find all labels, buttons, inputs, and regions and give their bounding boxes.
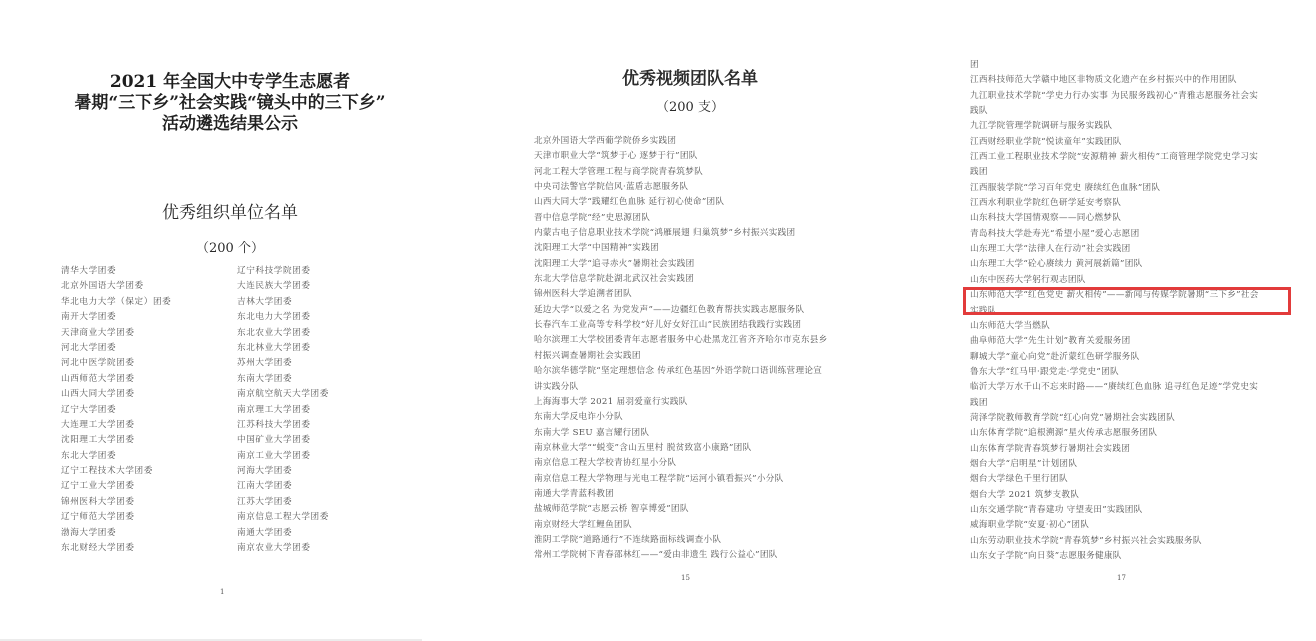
team-list-item: 江西水利职业学院红色研学延安考察队 xyxy=(970,196,1259,211)
team-list-item: 山东体育学院青春筑梦行暑期社会实践团 xyxy=(970,442,1259,457)
org-list-item: 大连理工大学团委 xyxy=(61,418,171,433)
org-list-column-1: 清华大学团委北京外国语大学团委华北电力大学（保定）团委南开大学团委天津商业大学团… xyxy=(61,264,171,556)
team-list-item: 九江职业技术学院“学史力行办实事 为民服务践初心”青雅志愿服务社会实 xyxy=(970,89,1259,104)
team-list-item: 东南大学反电诈小分队 xyxy=(534,410,828,425)
org-list-item: 南京农业大学团委 xyxy=(237,541,329,556)
team-list-item: 南京信息工程大学物理与光电工程学院“运河小镇看振兴”小分队 xyxy=(534,472,828,487)
team-list-item: 锦州医科大学追溯者团队 xyxy=(534,287,828,302)
team-list-item: 山东理工大学“砼心赓续力 黄河展新篇”团队 xyxy=(970,257,1259,272)
team-list-item: 山东科技大学国情观察——同心燃梦队 xyxy=(970,211,1259,226)
team-list-item: 青岛科技大学赴寿光“希望小屋”爱心志愿团 xyxy=(970,227,1259,242)
team-list-item: 聊城大学“童心向党”赴沂蒙红色研学服务队 xyxy=(970,350,1259,365)
team-list-item: 烟台大学 2021 筑梦支教队 xyxy=(970,488,1259,503)
title-line-3: 活动遴选结果公示 xyxy=(40,114,420,135)
team-list-item: 南京财经大学红鲤鱼团队 xyxy=(534,518,828,533)
title-line-1: 2021 年全国大中专学生志愿者 xyxy=(40,72,420,93)
team-list-item: 九江学院管理学院调研与服务实践队 xyxy=(970,119,1259,134)
highlight-box xyxy=(963,287,1291,315)
org-list-item: 江苏科技大学团委 xyxy=(237,418,329,433)
org-section-count: （200 个） xyxy=(40,237,420,256)
team-list-item: 鲁东大学“红马甲·跟党走·学党史”团队 xyxy=(970,365,1259,380)
page-number: 15 xyxy=(681,574,690,582)
team-list-item: 盐城师范学院“志愿云桥 智享博爱”团队 xyxy=(534,502,828,517)
team-list-item: 山东体育学院“追根溯源”星火传承志愿服务团队 xyxy=(970,426,1259,441)
org-list-item: 南通大学团委 xyxy=(237,526,329,541)
document-title: 2021 年全国大中专学生志愿者 暑期“三下乡”社会实践“镜头中的三下乡” 活动… xyxy=(40,72,420,135)
org-list-item: 山西师范大学团委 xyxy=(61,372,171,387)
org-list-item: 锦州医科大学团委 xyxy=(61,495,171,510)
team-list-item: 晋中信息学院“经”史思源团队 xyxy=(534,211,828,226)
org-section-title: 优秀组织单位名单 xyxy=(40,198,420,223)
video-team-section-count: （200 支） xyxy=(570,96,810,115)
team-list-item: 南京林业大学““蜕变”含山五里村 脱贫致富小康路”团队 xyxy=(534,441,828,456)
org-list-item: 河北大学团委 xyxy=(61,341,171,356)
org-list-item: 南京信息工程大学团委 xyxy=(237,510,329,525)
team-list-item: 山东劳动职业技术学院“青春筑梦”乡村振兴社会实践服务队 xyxy=(970,534,1259,549)
team-list-item: 南京信息工程大学校青协红星小分队 xyxy=(534,456,828,471)
team-list-item: 江西工业工程职业技术学院“安源精神 薪火相传”工商管理学院党史学习实 xyxy=(970,150,1259,165)
team-list-item: 东南大学 SEU 嘉言耀行团队 xyxy=(534,426,828,441)
team-list-item: 山西大同大学“践耀红色血脉 延行初心使命”团队 xyxy=(534,195,828,210)
team-list-item: 江西服装学院“学习百年党史 赓续红色血脉”团队 xyxy=(970,181,1259,196)
org-list-item: 南京航空航天大学团委 xyxy=(237,387,329,402)
org-list-item: 天津商业大学团委 xyxy=(61,326,171,341)
team-list-item: 江西科技师范大学赣中地区非物质文化遗产在乡村振兴中的作用团队 xyxy=(970,73,1259,88)
team-list-item: 淮阴工学院“道路通行”不连续路面标线调查小队 xyxy=(534,533,828,548)
org-list-item: 东北林业大学团委 xyxy=(237,341,329,356)
org-list-item: 河海大学团委 xyxy=(237,464,329,479)
team-list-item: 沈阳理工大学“中国精神”实践团 xyxy=(534,241,828,256)
team-list-item: 天津市职业大学“筑梦于心 逐梦于行”团队 xyxy=(534,149,828,164)
team-list-item: 山东理工大学“法律人在行动”社会实践团 xyxy=(970,242,1259,257)
team-list-item: 践团 xyxy=(970,396,1259,411)
team-list-item: 河北工程大学管理工程与商学院青春筑梦队 xyxy=(534,165,828,180)
org-list-item: 东北电力大学团委 xyxy=(237,310,329,325)
team-list-item: 哈尔滨理工大学校团委青年志愿者服务中心赴黑龙江省齐齐哈尔市克东县乡 xyxy=(534,333,828,348)
team-list-item: 临沂大学万水千山不忘来时路——“赓续红色血脉 追寻红色足迹”学党史实 xyxy=(970,380,1259,395)
team-list-item: 中央司法警官学院信风·蓝盾志愿服务队 xyxy=(534,180,828,195)
org-list-item: 江苏大学团委 xyxy=(237,495,329,510)
org-list-item: 清华大学团委 xyxy=(61,264,171,279)
team-list-item: 山东师范大学当燃队 xyxy=(970,319,1259,334)
team-list-item: 长春汽车工业高等专科学校“好儿好女好江山”民族团结我践行实践团 xyxy=(534,318,828,333)
org-list-item: 南京工业大学团委 xyxy=(237,449,329,464)
page-number: 17 xyxy=(1117,574,1126,582)
team-list-item: 烟台大学绿色千里行团队 xyxy=(970,472,1259,487)
org-list-item: 辽宁科技学院团委 xyxy=(237,264,329,279)
team-list-item: 山东女子学院“向日葵”志愿服务健康队 xyxy=(970,549,1259,564)
org-list-column-2: 辽宁科技学院团委大连民族大学团委吉林大学团委东北电力大学团委东北农业大学团委东北… xyxy=(237,264,329,556)
org-list-item: 沈阳理工大学团委 xyxy=(61,433,171,448)
team-list-item: 东北大学信息学院赴湖北武汉社会实践团 xyxy=(534,272,828,287)
org-list-item: 渤海大学团委 xyxy=(61,526,171,541)
team-list-item: 沈阳理工大学“追寻赤火”暑期社会实践团 xyxy=(534,257,828,272)
org-list-item: 辽宁工程技术大学团委 xyxy=(61,464,171,479)
org-list-item: 江南大学团委 xyxy=(237,479,329,494)
team-list-item: 哈尔滨华德学院“坚定理想信念 传承红色基因”外语学院口语训练营理论宣 xyxy=(534,364,828,379)
org-list-item: 东北农业大学团委 xyxy=(237,326,329,341)
team-list-item: 江西财经职业学院“悦读童年”实践团队 xyxy=(970,135,1259,150)
org-list-item: 辽宁工业大学团委 xyxy=(61,479,171,494)
video-team-section-title: 优秀视频团队名单 xyxy=(570,64,810,89)
team-list-item: 践团 xyxy=(970,165,1259,180)
org-list-item: 河北中医学院团委 xyxy=(61,356,171,371)
team-list-item: 上海海事大学 2021 届羽爱童行实践队 xyxy=(534,395,828,410)
org-list-item: 东南大学团委 xyxy=(237,372,329,387)
org-list-item: 南开大学团委 xyxy=(61,310,171,325)
team-list-item: 北京外国语大学西葡学院侨乡实践团 xyxy=(534,134,828,149)
team-list-item: 山东中医药大学躬行观志团队 xyxy=(970,273,1259,288)
org-list-item: 北京外国语大学团委 xyxy=(61,279,171,294)
org-list-item: 中国矿业大学团委 xyxy=(237,433,329,448)
org-list-item: 南京理工大学团委 xyxy=(237,403,329,418)
team-list-item: 团 xyxy=(970,58,1259,73)
team-list-item: 讲实践分队 xyxy=(534,380,828,395)
page-number: 1 xyxy=(220,588,224,596)
team-list-item: 村振兴调查暑期社会实践团 xyxy=(534,349,828,364)
org-list-item: 山西大同大学团委 xyxy=(61,387,171,402)
team-list-item: 烟台大学“启明星”计划团队 xyxy=(970,457,1259,472)
org-list-item: 辽宁师范大学团委 xyxy=(61,510,171,525)
org-list-item: 吉林大学团委 xyxy=(237,295,329,310)
org-list-item: 大连民族大学团委 xyxy=(237,279,329,294)
org-list-item: 苏州大学团委 xyxy=(237,356,329,371)
org-list-item: 华北电力大学（保定）团委 xyxy=(61,295,171,310)
team-list-item: 南通大学青蓝科教团 xyxy=(534,487,828,502)
org-list-item: 东北大学团委 xyxy=(61,449,171,464)
team-list-item: 山东交通学院“青春建功 守望麦田”实践团队 xyxy=(970,503,1259,518)
team-list-item: 内蒙古电子信息职业技术学院“鸿雁展翅 归巢筑梦”乡村振兴实践团 xyxy=(534,226,828,241)
title-line-2: 暑期“三下乡”社会实践“镜头中的三下乡” xyxy=(40,93,420,114)
team-list-item: 践队 xyxy=(970,104,1259,119)
team-list-item: 菏泽学院教师教育学院“红心向党”暑期社会实践团队 xyxy=(970,411,1259,426)
team-list-item: 延边大学“以爱之名 为党发声”——边疆红色教育帮扶实践志愿服务队 xyxy=(534,303,828,318)
team-list-item: 威海职业学院“安夏·初心”团队 xyxy=(970,518,1259,533)
org-list-item: 辽宁大学团委 xyxy=(61,403,171,418)
org-list-item: 东北财经大学团委 xyxy=(61,541,171,556)
video-team-list: 北京外国语大学西葡学院侨乡实践团天津市职业大学“筑梦于心 逐梦于行”团队河北工程… xyxy=(534,134,828,564)
team-list-item: 常州工学院树下青春邵林红——“爱由非遗生 践行公益心”团队 xyxy=(534,548,828,563)
team-list-item: 曲阜师范大学“先生计划”教育关爱服务团 xyxy=(970,334,1259,349)
